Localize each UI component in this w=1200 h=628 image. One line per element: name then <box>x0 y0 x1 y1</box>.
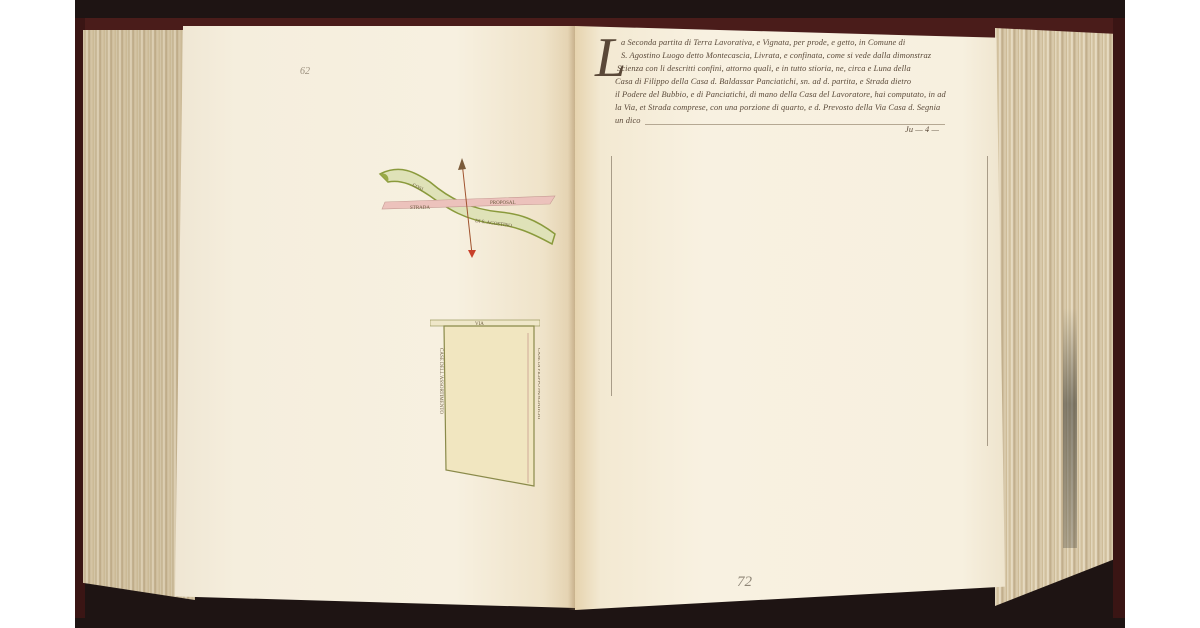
svg-text:CASE DELL'ASSORTIMENTO: CASE DELL'ASSORTIMENTO <box>438 348 443 414</box>
svg-text:PROPOSAL: PROPOSAL <box>490 201 516 206</box>
ruled-margin-left <box>611 156 612 396</box>
svg-text:CASE DI FILIPPO PANCIATICHI: CASE DI FILIPPO PANCIATICHI <box>536 348 540 419</box>
text-line: un dico <box>615 116 641 125</box>
filler-line <box>645 124 945 125</box>
text-line: Casa di Filippo della Casa d. Baldassar … <box>615 77 911 86</box>
text-line: a Seconda partita di Terra Lavorativa, e… <box>621 38 905 47</box>
page-stack-right <box>995 28 1113 606</box>
stain <box>1063 308 1077 548</box>
text-line: la Via, et Strada comprese, con una porz… <box>615 103 940 112</box>
bottom-page-number: 72 <box>737 574 752 591</box>
parcel-diagram: VIA CASE DELL'ASSORTIMENTO CASE DI FILIP… <box>430 318 540 488</box>
text-line: Scienza con li descritti confini, attorn… <box>617 64 911 73</box>
trailing-marks: Ju — 4 — <box>905 125 939 134</box>
book-cover-right <box>1113 18 1125 618</box>
road-diagram: COSI DI S. AGOSTINO STRADA PROPOSAL <box>370 154 570 264</box>
folio-number-left: 62 <box>300 66 310 77</box>
ruled-margin-right <box>987 156 988 446</box>
svg-text:VIA: VIA <box>475 322 484 327</box>
right-page: 65 72 <box>575 26 1005 610</box>
book-scan: 62 COSI DI S. AGOSTINO STRADA PROPOSAL V… <box>75 0 1125 628</box>
left-page: 62 COSI DI S. AGOSTINO STRADA PROPOSAL V… <box>175 26 575 608</box>
svg-text:STRADA: STRADA <box>410 206 430 211</box>
text-line: il Podere del Bubbio, e di Panciatichi, … <box>615 90 946 99</box>
text-line: S. Agostino Luogo detto Montecascia, Liv… <box>621 51 931 60</box>
